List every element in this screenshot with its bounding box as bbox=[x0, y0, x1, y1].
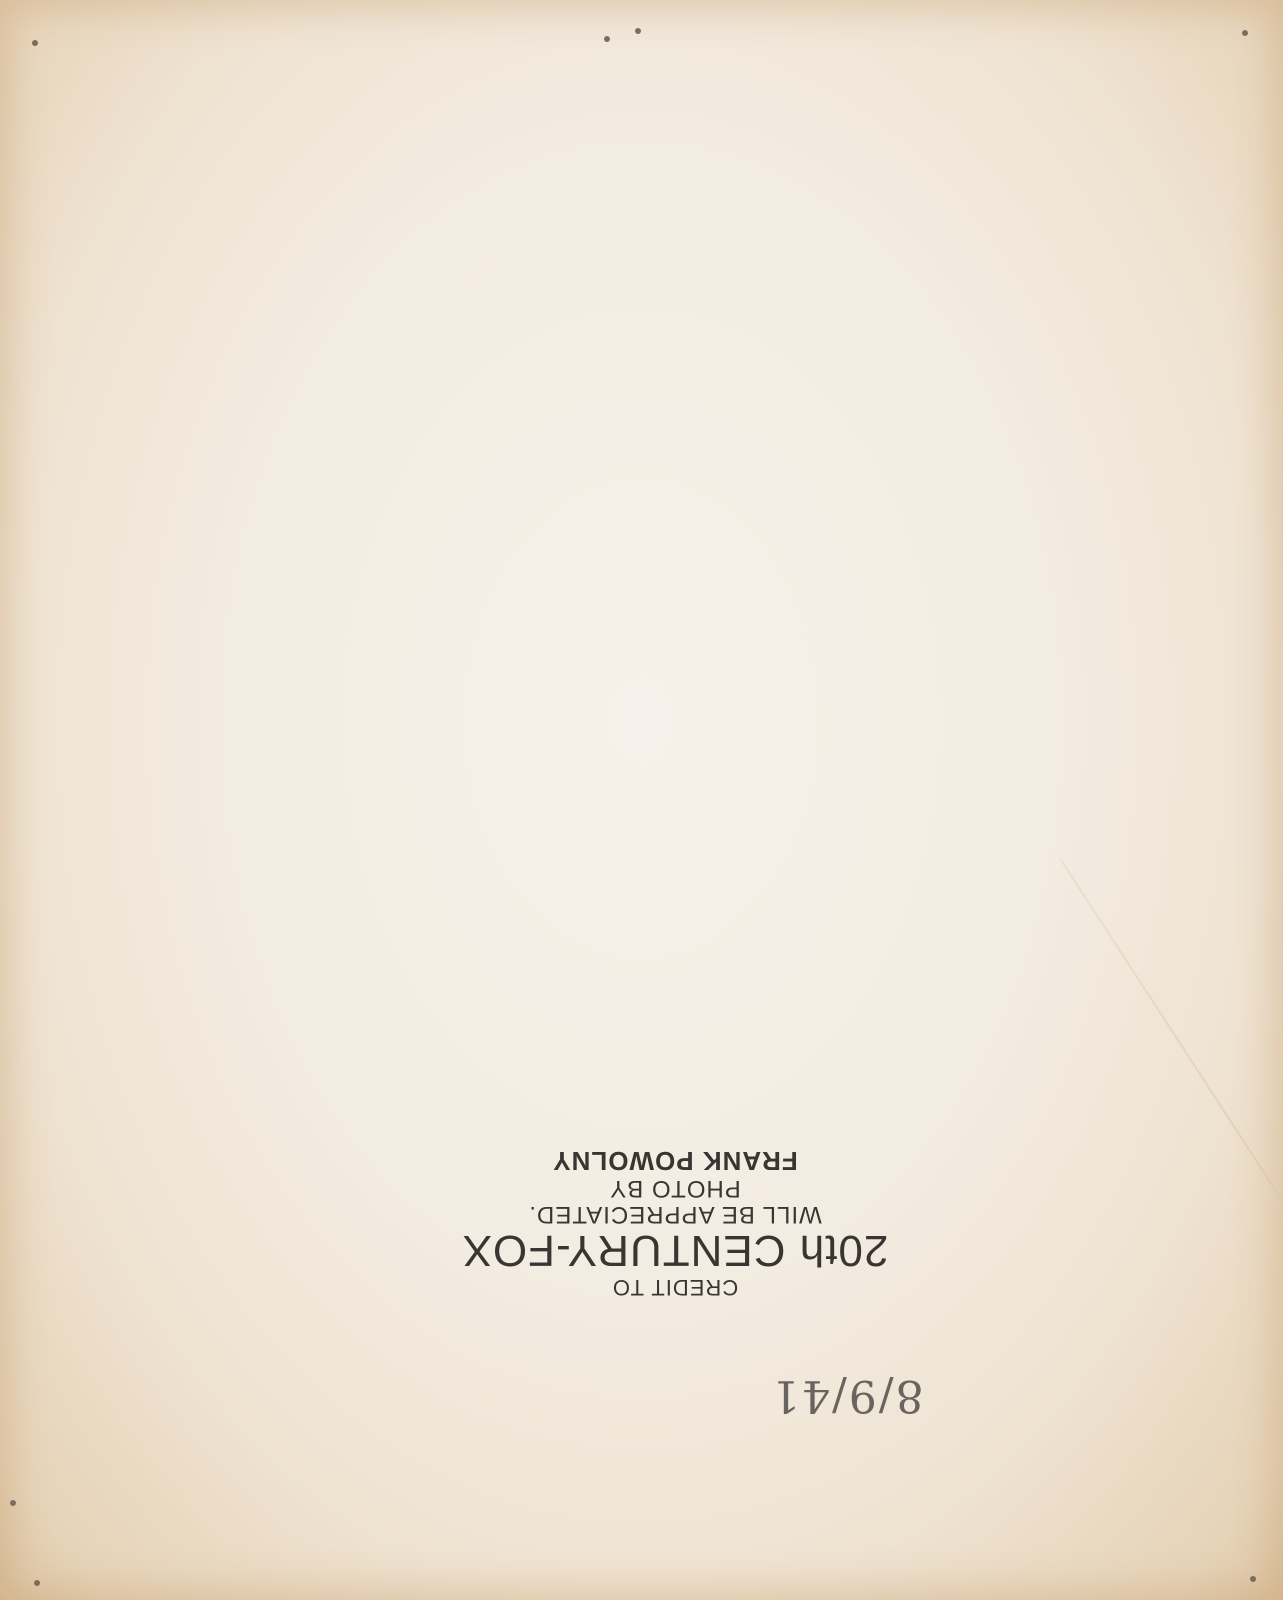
stamp-photo-by: PHOTO BY bbox=[455, 1176, 895, 1200]
stamp-photographer: FRANK POWOLNY bbox=[455, 1148, 895, 1174]
paper-crease bbox=[1060, 859, 1283, 1497]
pin-hole bbox=[1250, 1576, 1256, 1582]
pin-hole bbox=[1242, 30, 1248, 36]
photo-back-paper: CREDIT TO 20th CENTURY-FOX WILL BE APPRE… bbox=[0, 0, 1283, 1600]
pin-hole bbox=[635, 28, 641, 34]
pin-hole bbox=[32, 40, 38, 46]
handwritten-date: 8/9/41 bbox=[770, 1370, 924, 1421]
pin-hole bbox=[10, 1500, 16, 1506]
stamp-studio: 20th CENTURY-FOX bbox=[455, 1228, 895, 1272]
pin-hole bbox=[604, 36, 610, 42]
stamp-appreciated: WILL BE APPRECIATED. bbox=[455, 1202, 895, 1226]
stamp-credit-to: CREDIT TO bbox=[455, 1276, 895, 1298]
aged-edge bbox=[0, 0, 1283, 1600]
pin-hole bbox=[34, 1580, 40, 1586]
credit-stamp: CREDIT TO 20th CENTURY-FOX WILL BE APPRE… bbox=[455, 1148, 895, 1298]
